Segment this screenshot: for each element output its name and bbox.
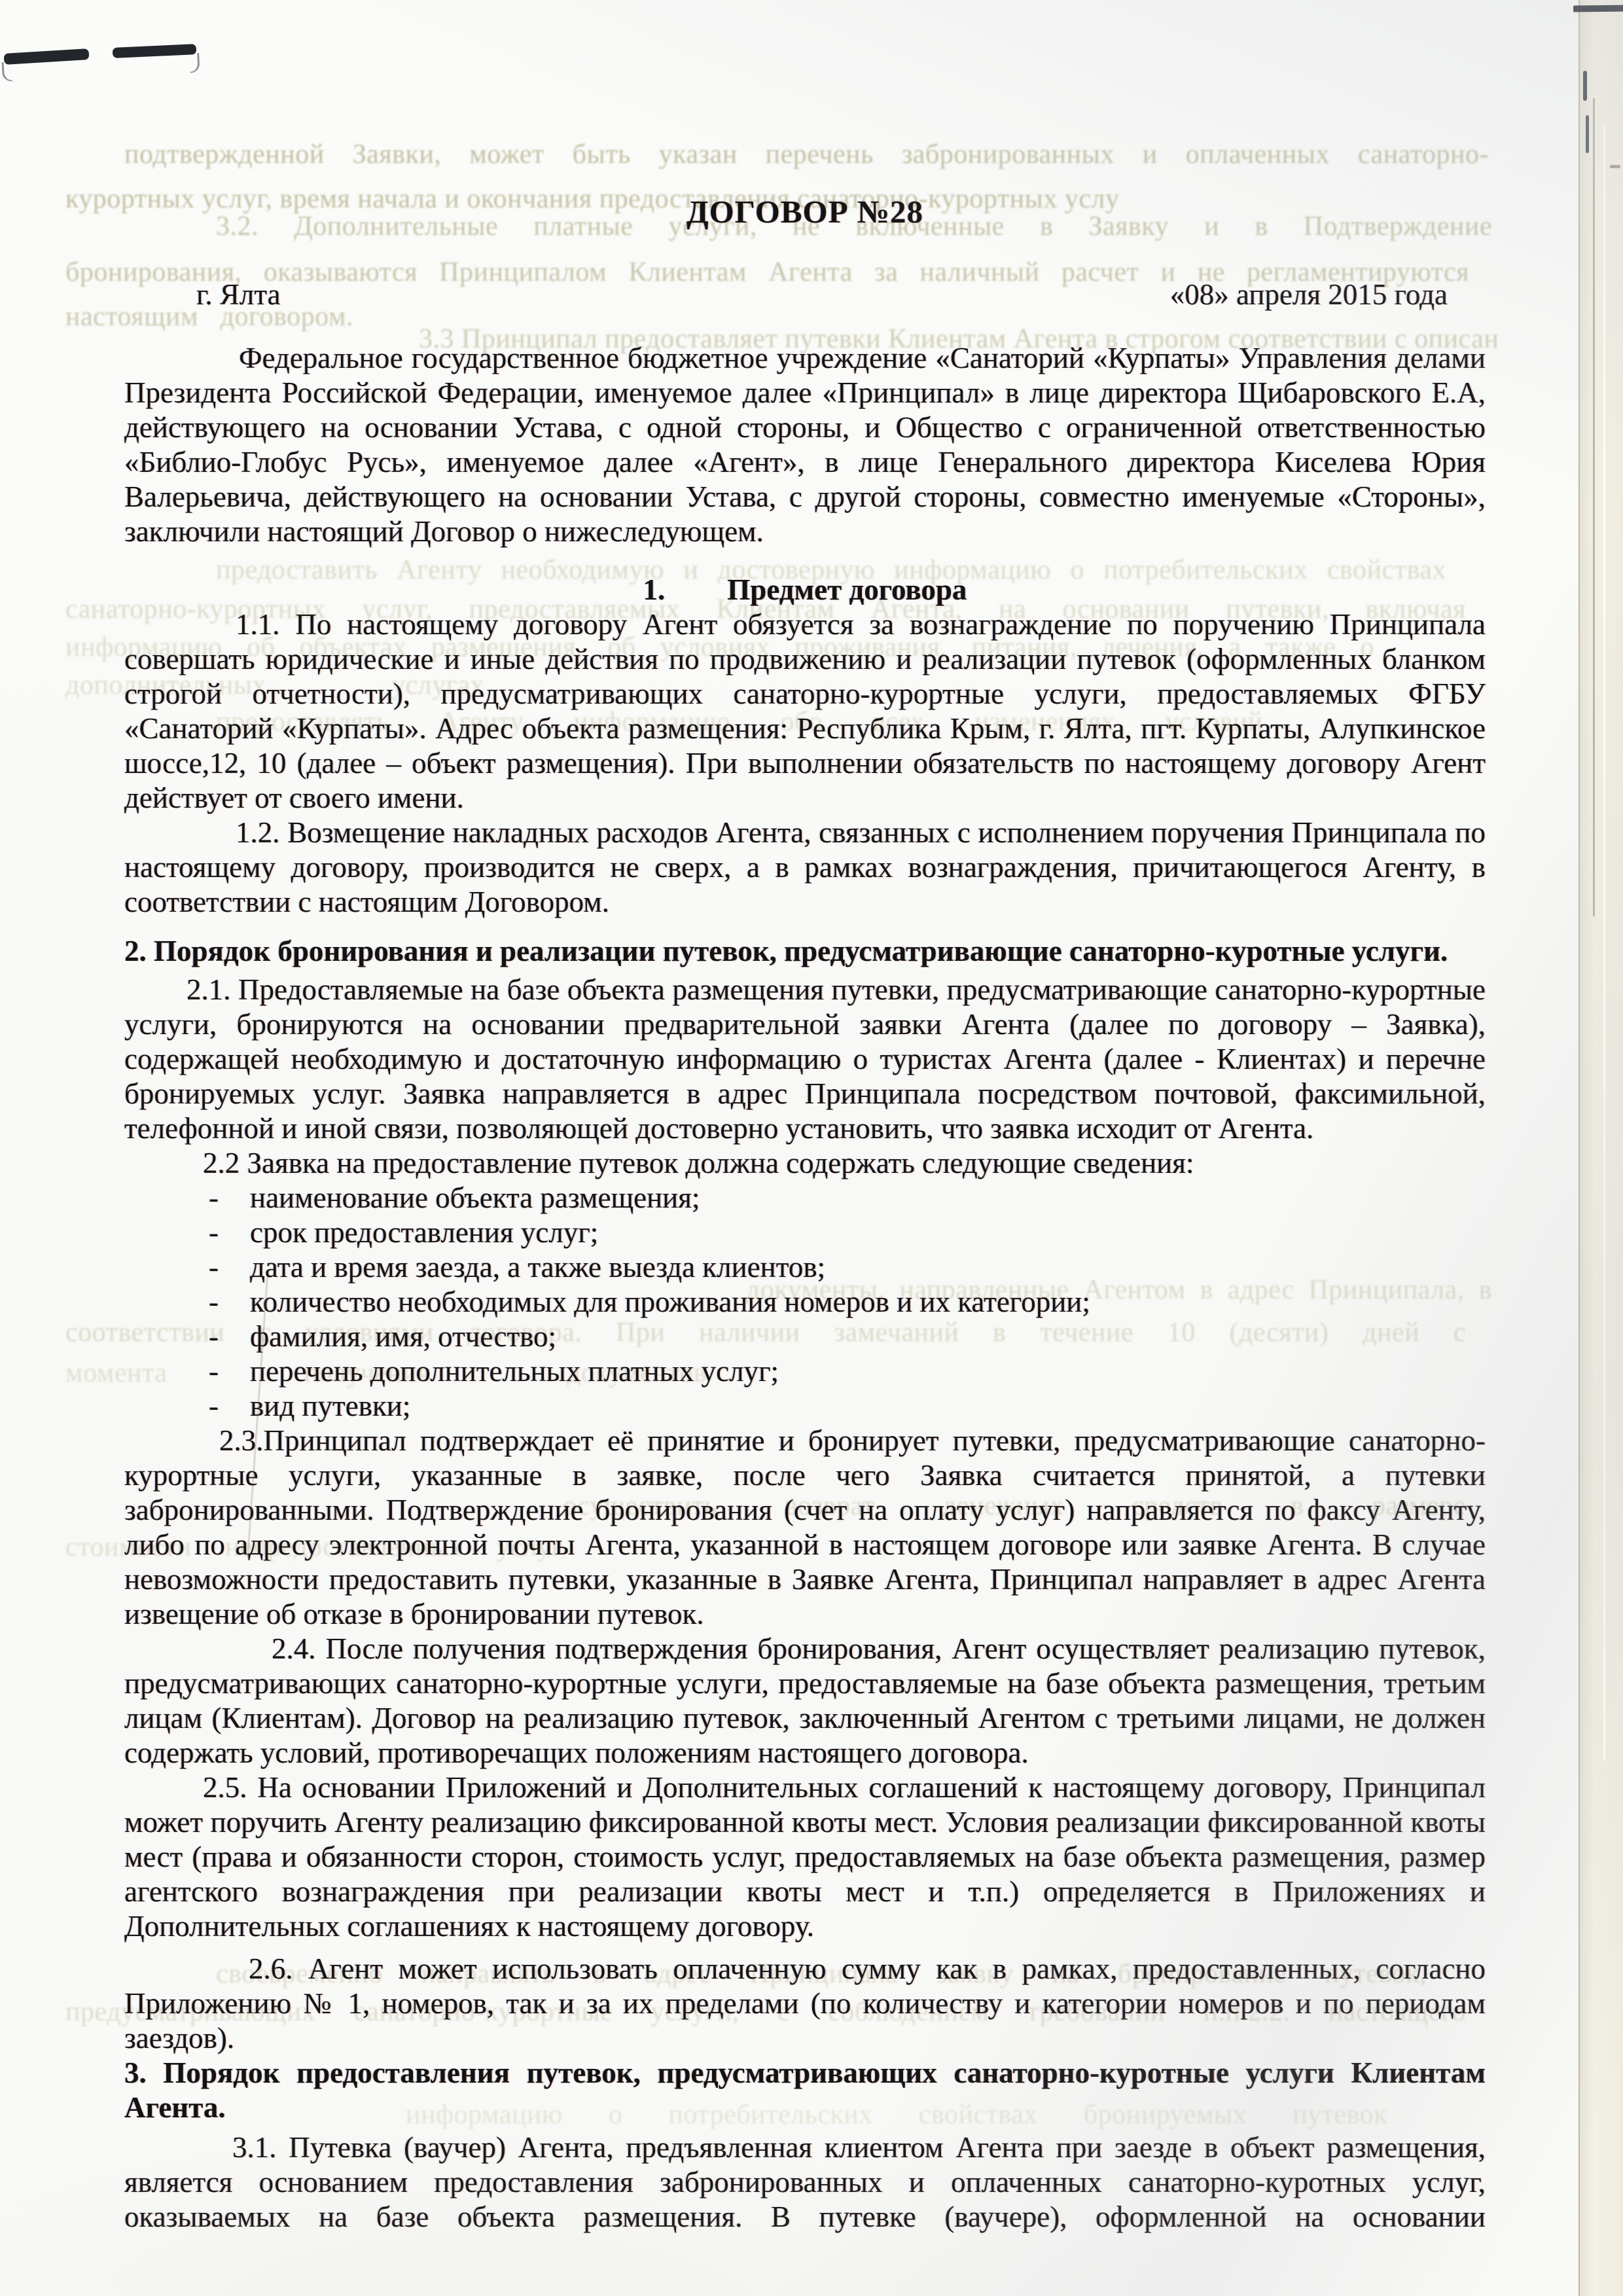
clause-2-3: 2.3.Принципал подтверждает её принятие и…: [124, 1424, 1486, 1632]
clause-2-2-intro: 2.2 Заявка на предоставление путевок дол…: [124, 1146, 1486, 1181]
place-label: г. Ялта: [196, 278, 281, 312]
page-edge-dash: [1610, 165, 1620, 168]
list-item: -дата и время заезда, а также выезда кли…: [124, 1250, 1486, 1285]
page-stack-highlight: [1603, 124, 1605, 1761]
place-date-row: г. Ялта «08» апреля 2015 года: [124, 278, 1486, 312]
page-edge-strip: [1578, 0, 1623, 2296]
dash-marker: -: [209, 1250, 250, 1285]
list-item-text: вид путевки;: [250, 1389, 410, 1424]
list-item: -фамилия, имя, отчество;: [124, 1319, 1486, 1354]
clause-2-6: 2.6. Агент может использовать оплаченную…: [124, 1952, 1486, 2056]
dash-marker: -: [209, 1181, 250, 1215]
section-1-heading: 1.Предмет договора: [124, 573, 1486, 607]
page-stack-line: [1593, 98, 1595, 916]
list-item-text: количество необходимых для проживания но…: [250, 1285, 1090, 1319]
page-edge-tick: [1583, 71, 1587, 101]
clause-1-2: 1.2. Возмещение накладных расходов Агент…: [124, 816, 1486, 920]
list-item: -перечень дополнительных платных услуг;: [124, 1354, 1486, 1389]
list-item: -количество необходимых для проживания н…: [124, 1285, 1486, 1319]
dash-marker: -: [209, 1354, 250, 1389]
clause-2-1: 2.1. Предоставляемые на базе объекта раз…: [124, 973, 1486, 1146]
clause-2-5: 2.5. На основании Приложений и Дополните…: [124, 1770, 1486, 1944]
list-item: -вид путевки;: [124, 1389, 1486, 1424]
list-item-text: наименование объекта размещения;: [250, 1181, 700, 1215]
list-item: -наименование объекта размещения;: [124, 1181, 1486, 1215]
list-item-text: перечень дополнительных платных услуг;: [250, 1354, 779, 1389]
list-item-text: дата и время заезда, а также выезда клие…: [250, 1250, 825, 1285]
page-edge-tick: [1586, 115, 1589, 153]
requirements-list: -наименование объекта размещения; -срок …: [124, 1181, 1486, 1424]
list-item-text: срок предоставления услуг;: [250, 1215, 598, 1250]
section-3-heading: 3. Порядок предоставления путевок, преду…: [124, 2056, 1486, 2125]
dash-marker: -: [209, 1319, 250, 1354]
clause-3-1: 3.1. Путевка (ваучер) Агента, предъявлен…: [124, 2130, 1486, 2234]
date-label: «08» апреля 2015 года: [1170, 278, 1448, 312]
dash-marker: -: [209, 1285, 250, 1319]
page-edge-top-line: [1573, 5, 1623, 12]
section-2-heading: 2. Порядок бронирования и реализации пут…: [124, 934, 1486, 969]
clause-2-4: 2.4. После получения подтверждения брони…: [124, 1632, 1486, 1770]
dash-marker: -: [209, 1389, 250, 1424]
contract-body: ДОГОВОР №28 г. Ялта «08» апреля 2015 год…: [0, 0, 1623, 2234]
dash-marker: -: [209, 1215, 250, 1250]
list-item-text: фамилия, имя, отчество;: [250, 1319, 556, 1354]
list-item: -срок предоставления услуг;: [124, 1215, 1486, 1250]
clause-1-1: 1.1. По настоящему договору Агент обязуе…: [124, 607, 1486, 816]
scanned-contract-page: подтвержденной Заявки, может быть указан…: [0, 0, 1623, 2296]
section-1-title: Предмет договора: [727, 573, 967, 606]
section-1-number: 1.: [643, 573, 666, 606]
preamble-paragraph: Федеральное государственное бюджетное уч…: [124, 341, 1486, 549]
contract-title: ДОГОВОР №28: [124, 194, 1486, 229]
